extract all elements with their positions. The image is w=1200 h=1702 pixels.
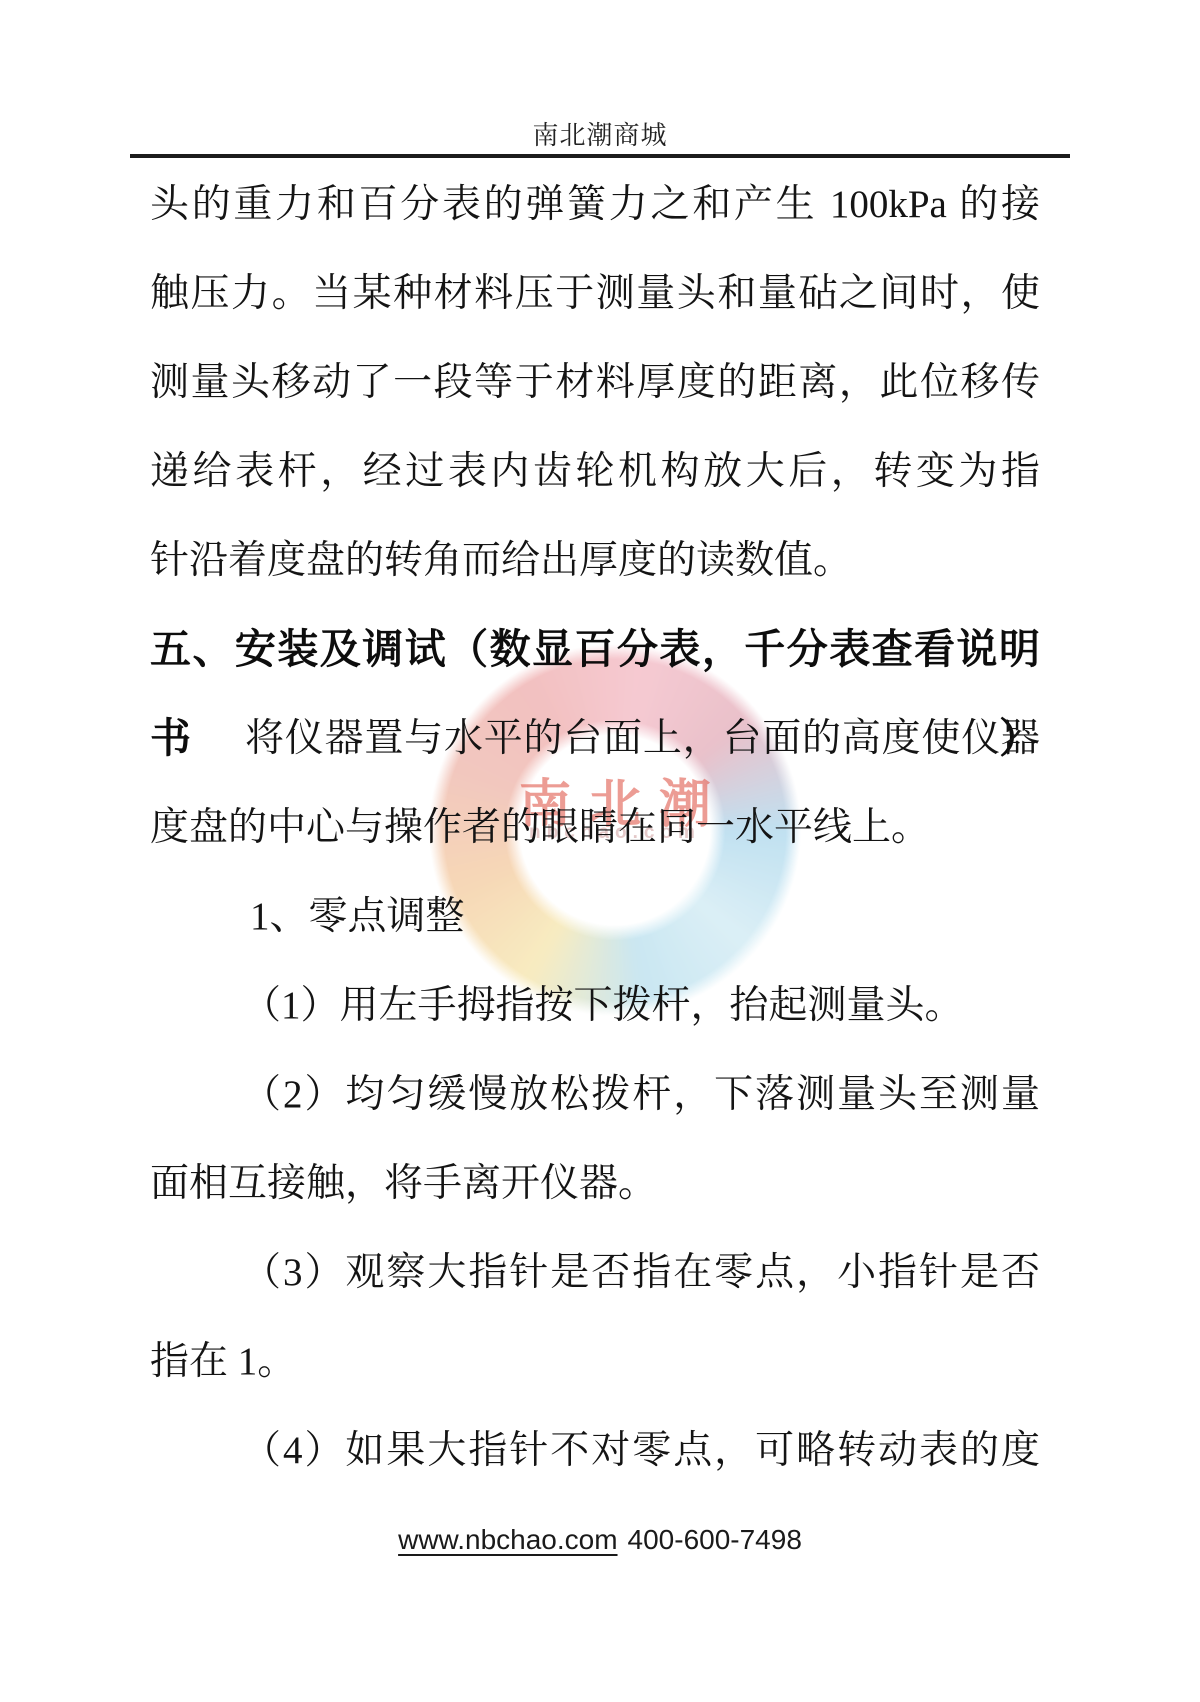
paragraph1-line-2: 触压力。当某种材料压于测量头和量砧之间时，使 [150,249,1040,338]
paragraph2-line-2: 度盘的中心与操作者的眼睛在同一水平线上。 [150,783,1040,872]
paragraph1-line-1: 头的重力和百分表的弹簧力之和产生 100kPa 的接 [150,160,1040,249]
document-page: 南北潮商城 南北潮 nbchao.com 头的重力和百分表的弹簧力之和产生 10… [0,0,1200,1702]
paragraph1-line-4: 递给表杆，经过表内齿轮机构放大后，转变为指 [150,427,1040,516]
step4-line-1: （4）如果大指针不对零点，可略转动表的度 [150,1406,1040,1495]
paragraph1-line-5: 针沿着度盘的转角而给出厚度的读数值。 [150,516,1040,605]
footer-phone-number: 400-600-7498 [628,1524,802,1555]
page-footer: www.nbchao.com400-600-7498 [0,1524,1200,1556]
step3-line-1: （3）观察大指针是否指在零点，小指针是否 [150,1228,1040,1317]
document-body: 头的重力和百分表的弹簧力之和产生 100kPa 的接 触压力。当某种材料压于测量… [150,160,1040,1495]
step-list-title: 1、零点调整 [150,872,1040,961]
step2-line-2: 面相互接触，将手离开仪器。 [150,1139,1040,1228]
section-heading: 五、安装及调试（数显百分表，千分表查看说明书） [150,605,1040,694]
header-divider [130,154,1070,158]
page-header-title: 南北潮商城 [0,118,1200,154]
paragraph1-line-3: 测量头移动了一段等于材料厚度的距离，此位移传 [150,338,1040,427]
step3-line-2: 指在 1。 [150,1317,1040,1406]
footer-website-link[interactable]: www.nbchao.com [398,1524,617,1555]
step1-line-1: （1）用左手拇指按下拨杆，抬起测量头。 [150,961,1040,1050]
paragraph2-line-1: 将仪器置与水平的台面上，台面的高度使仪器 [150,694,1040,783]
step2-line-1: （2）均匀缓慢放松拨杆，下落测量头至测量 [150,1050,1040,1139]
